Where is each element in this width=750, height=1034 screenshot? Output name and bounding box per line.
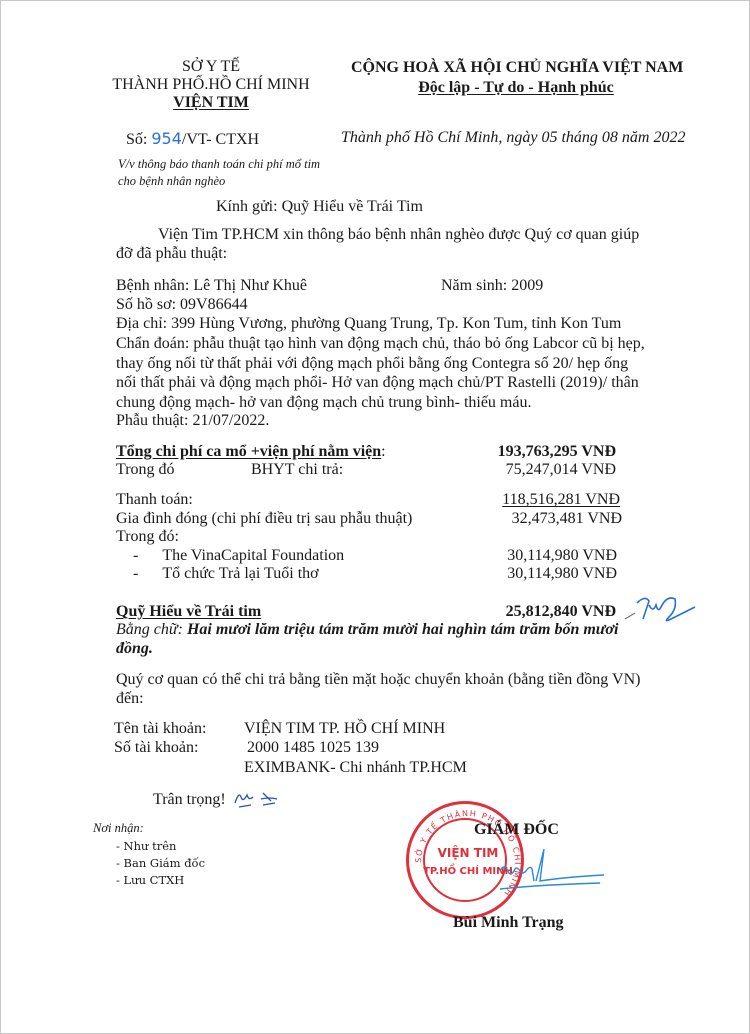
- handwritten-initial-icon: [623, 591, 698, 631]
- insurance-prefix: Trong đó: [116, 461, 175, 479]
- issuer-institute: VIỆN TIM: [173, 94, 249, 111]
- fund-amount: 25,812,840 VNĐ: [456, 603, 616, 621]
- signer-name: Bùi Minh Trạng: [453, 914, 564, 932]
- sponsor-amount: 30,114,980 VNĐ: [457, 565, 617, 583]
- amount-in-words: Bằng chữ: Hai mươi lăm triệu tám trăm mư…: [116, 621, 618, 639]
- sponsor-row: - Tổ chức Trả lại Tuổi thơ: [133, 565, 319, 583]
- insurance-amount: 75,247,014 VNĐ: [456, 461, 616, 479]
- national-header: CỘNG HOÀ XÃ HỘI CHỦ NGHĨA VIỆT NAM Độc l…: [351, 58, 681, 98]
- patient-birth-year: Năm sinh: 2009: [441, 277, 543, 295]
- sponsor-name: The VinaCapital Foundation: [162, 547, 344, 564]
- bank-name: EXIMBANK- Chi nhánh TP.HCM: [244, 759, 467, 777]
- total-cost-label: Tổng chi phí ca mổ +viện phí nằm viện:: [116, 443, 386, 461]
- sponsor-name: Tổ chức Trả lại Tuổi thơ: [162, 565, 318, 582]
- document-number-suffix: /VT- CTXH: [182, 131, 259, 148]
- issuer-department: SỞ Y TẾ: [96, 58, 326, 76]
- diagnosis-line: chung động mạch- hở van động mạch chủ tr…: [116, 393, 645, 413]
- issuer-city: THÀNH PHỐ.HỒ CHÍ MINH: [96, 76, 326, 94]
- recipient-item: - Như trên: [116, 838, 205, 855]
- issuer-header: SỞ Y TẾ THÀNH PHỐ.HỒ CHÍ MINH VIỆN TIM: [96, 58, 326, 112]
- subject-line-2: cho bệnh nhân nghèo: [118, 173, 320, 190]
- account-number-label: Số tài khoản:: [114, 739, 198, 757]
- account-name-label: Tên tài khoản:: [114, 720, 206, 738]
- closing: Trân trọng!: [153, 791, 226, 809]
- payment-amount: 118,516,281 VNĐ: [460, 491, 620, 509]
- payment-info-line-2: đến:: [116, 690, 144, 708]
- sponsor-bullet: -: [133, 547, 138, 564]
- intro-line-1: Viện Tim TP.HCM xin thông báo bệnh nhân …: [158, 226, 639, 244]
- account-name: VIỆN TIM TP. HỒ CHÍ MINH: [244, 720, 445, 738]
- salutation: Kính gửi: Quỹ Hiểu về Trái Tim: [216, 198, 423, 216]
- signature-icon: [496, 841, 606, 901]
- intro-line-2: đỡ đã phẫu thuật:: [116, 245, 227, 263]
- total-cost-amount: 193,763,295 VNĐ: [456, 443, 616, 461]
- handwritten-number: 954: [151, 129, 182, 148]
- family-label: Gia đình đóng (chi phí điều trị sau phẫu…: [116, 510, 412, 528]
- sponsor-bullet: -: [133, 565, 138, 582]
- signer-title: GIÁM ĐỐC: [474, 821, 559, 839]
- family-amount: 32,473,481 VNĐ: [462, 510, 622, 528]
- subject-line-1: V/v thông báo thanh toán chi phí mổ tim: [118, 156, 320, 173]
- surgery-date: Phẫu thuật: 21/07/2022.: [116, 412, 269, 430]
- national-motto: Độc lập - Tự do - Hạnh phúc: [418, 79, 614, 96]
- in-words-line-1: Hai mươi lăm triệu tám trăm mười hai ngh…: [187, 621, 618, 638]
- in-words-line-2: đồng.: [116, 640, 153, 658]
- payment-label: Thanh toán:: [116, 491, 193, 509]
- payment-amount-text: 118,516,281 VNĐ: [502, 491, 620, 508]
- recipients-label: Nơi nhận:: [93, 821, 144, 836]
- sponsor-amount: 30,114,980 VNĐ: [457, 547, 617, 565]
- recipients-list: - Như trên - Ban Giám đốc - Lưu CTXH: [116, 838, 205, 889]
- sponsor-row: - The VinaCapital Foundation: [133, 547, 344, 565]
- document-number-label: Số:: [126, 131, 147, 148]
- patient-address: Địa chỉ: 399 Hùng Vương, phường Quang Tr…: [116, 315, 621, 333]
- total-cost-label-text: Tổng chi phí ca mổ +viện phí nằm viện: [116, 443, 381, 460]
- total-cost-colon: :: [381, 443, 385, 460]
- recipient-item: - Ban Giám đốc: [116, 855, 205, 872]
- account-number: 2000 1485 1025 139: [247, 739, 379, 757]
- diagnosis-line: nối thất phải và động mạch phổi- Hở van …: [116, 373, 645, 393]
- in-words-label: Bằng chữ:: [116, 621, 183, 638]
- diagnosis-line: thay ống nối từ thất phải với động mạch …: [116, 354, 645, 374]
- document-date: Thành phố Hồ Chí Minh, ngày 05 tháng 08 …: [341, 129, 685, 147]
- national-title: CỘNG HOÀ XÃ HỘI CHỦ NGHĨA VIỆT NAM: [351, 58, 681, 78]
- patient-diagnosis: Chẩn đoán: phẫu thuật tạo hình van động …: [116, 334, 645, 412]
- patient-name: Bệnh nhân: Lê Thị Như Khuê: [116, 277, 307, 295]
- fund-label: Quỹ Hiểu về Trái tim: [116, 603, 261, 621]
- insurance-label: BHYT chi trả:: [251, 461, 343, 479]
- handwritten-initials-icon: [233, 787, 283, 811]
- document-number: Số: 954/VT- CTXH: [126, 129, 259, 149]
- recipient-item: - Lưu CTXH: [116, 872, 205, 889]
- document-page: SỞ Y TẾ THÀNH PHỐ.HỒ CHÍ MINH VIỆN TIM C…: [0, 0, 750, 1034]
- of-which-label: Trong đó:: [116, 528, 179, 546]
- diagnosis-line: Chẩn đoán: phẫu thuật tạo hình van động …: [116, 334, 645, 354]
- patient-record: Số hồ sơ: 09V86644: [116, 296, 248, 314]
- document-subject: V/v thông báo thanh toán chi phí mổ tim …: [118, 156, 320, 190]
- payment-info-line-1: Quý cơ quan có thể chi trả bằng tiền mặt…: [116, 671, 640, 689]
